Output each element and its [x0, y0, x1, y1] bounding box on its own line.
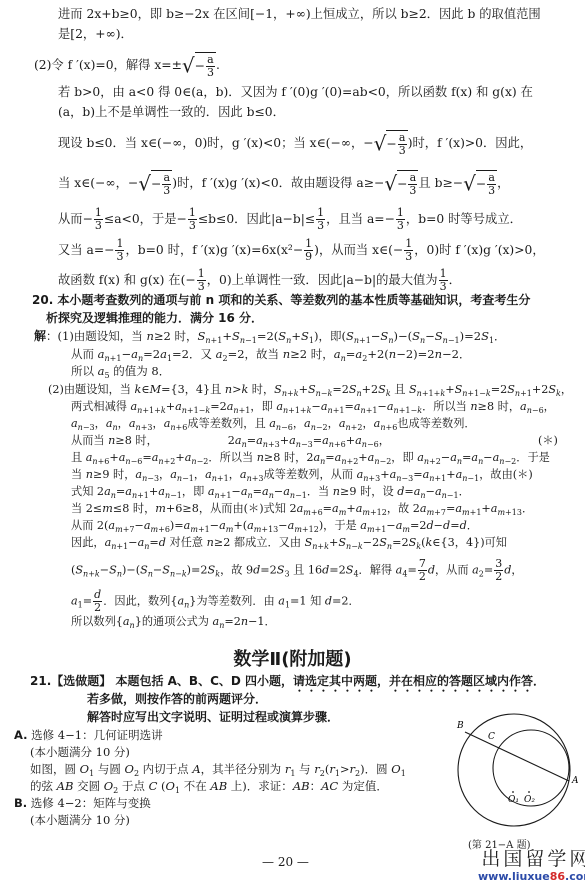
q21a-text-1: 如图，圆 O1 与圆 O2 内切于点 A，其半径分别为 r1 与 r2(r1>r… — [30, 761, 406, 777]
q20-star-mark: (＊) — [538, 433, 558, 449]
q19-line-9: 又当 a=−13，b=0 时，f ′(x)g ′(x)=6x(x²−19)，从而… — [58, 238, 545, 263]
q21a-text-2: 的弦 AB 交圆 O2 于点 C (O1 不在 AB 上)．求证：AB：AC 为… — [30, 778, 388, 794]
q20-part2-line-10: 因此，an+1−an=d 对任意 n≥2 都成立．又由 Sn+k+Sn−k−2S… — [71, 535, 507, 551]
q20-part2-line-4: 从而当 n≥8 时，2an=an+3+an−3=an+6+an−6， — [71, 433, 390, 449]
q20-part2-line-8: 当 2≤m≤8 时，m+6≥8，从而由(＊)式知 2am+6=am+am+12，… — [71, 501, 533, 517]
q20-part2-line-12: a1=d2．因此，数列{an}为等差数列．由 a1=1 知 d=2． — [71, 589, 360, 614]
q20-part1-line-3: 所以 a5 的值为 8． — [71, 363, 170, 379]
q20-part2-line-6: 当 n≥9 时，an−3，an−1，an+1，an+3成等差数列，从而 an+3… — [71, 467, 533, 483]
q20-header-line-1: 20. 本小题考查数列的通项与前 n 项和的关系、等差数列的基本性质等基础知识，… — [32, 292, 530, 308]
q21-header-line-3: 解答时应写出文字说明、证明过程或演算步骤． — [87, 709, 339, 725]
svg-text:C: C — [488, 732, 495, 742]
svg-text:O₂: O₂ — [524, 795, 535, 805]
q19-line-7: 当 x∈(−∞，−√−a3)时，f ′(x)g ′(x)<0．故由题设得 a≥−… — [58, 170, 509, 197]
q21a-title: A. 选修 4−1：几何证明选讲 — [14, 727, 163, 743]
q19-line-5: (a，b)上不是单调性一致的．因此 b≤0． — [58, 104, 285, 120]
watermark-url[interactable]: www.liuxue86.com — [478, 870, 585, 883]
q19-line-8: 从而−13≤a<0，于是−13≤b≤0．因此|a−b|≤13，且当 a=−13，… — [58, 207, 522, 232]
page-number: — 20 — — [262, 855, 309, 869]
q20-part2-line-11: (Sn+k−Sn)−(Sn−Sn−k)=2Sk，故 9d=2S3 且 16d=2… — [71, 558, 523, 583]
svg-text:O₁: O₁ — [508, 795, 519, 805]
q20-part2-line-2: 两式相减得 an+1+k+an+1−k=2an+1，即 an+1+k−an+1=… — [71, 399, 555, 415]
q19-line-2: 是[2，+∞)． — [58, 26, 133, 42]
q21b-title: B. 选修 4−2：矩阵与变换 — [14, 795, 151, 811]
watermark-logo: 出国留学网 www.liuxue86.com — [478, 848, 585, 883]
q21a-score: (本小题满分 10 分) — [30, 744, 130, 760]
q19-line-1: 进而 2x+b≥0，即 b≥−2x 在区间[−1，+∞)上恒成立，所以 b≥2．… — [58, 6, 541, 22]
q21b-score: (本小题满分 10 分) — [30, 812, 130, 828]
svg-text:B: B — [456, 721, 464, 731]
q19-line-3: (2)令 f ′(x)=0，解得 x=±√−a3. — [34, 52, 220, 79]
q19-line-4: 若 b>0，由 a<0 得 0∈(a，b)．又因为 f ′(0)g ′(0)=a… — [58, 84, 533, 100]
q20-part2-line-1: (2)由题设知，当 k∈M={3，4}且 n>k 时，Sn+k+Sn−k=2Sn… — [48, 382, 572, 398]
q20-part2-line-5: 且 an+6+an−6=an+2+an−2．所以当 n≥8 时，2an=an+2… — [71, 450, 550, 466]
sqrt-expression: √−a3 — [182, 52, 216, 79]
q20-part2-line-13: 所以数列{an}的通项公式为 an=2n−1． — [71, 614, 276, 630]
q20-part2-line-7: 式知 2an=an+1+an−1，即 an+1−an=an−an−1．当 n≥9… — [71, 484, 470, 500]
q20-part1-line-2: 从而 an+1−an=2a1=2．又 a2=2，故当 n≥2 时，an=a2+2… — [71, 346, 471, 362]
q20-part2-line-3: an−3，an，an+3，an+6成等差数列，且 an−6，an−2，an+2，… — [71, 416, 476, 432]
q20-part1-line-1: 解：(1)由题设知，当 n≥2 时，Sn+1+Sn−1=2(Sn+S1)，即(S… — [34, 328, 506, 344]
q20-part2-line-9: 从而 2(am+7−am+6)=am+1−am+(am+13−am+12)，于是… — [71, 518, 478, 534]
svg-text:A: A — [571, 776, 579, 786]
geometry-figure: B C A O₁ O₂ — [452, 708, 582, 836]
section-title: 数学Ⅱ(附加题) — [0, 645, 585, 671]
q21-header-line-2: 若多做，则按作答的前两题评分． — [87, 691, 267, 707]
q19-line-6: 现设 b≤0．当 x∈(−∞，0)时，g ′(x)<0；当 x∈(−∞，−√−a… — [58, 130, 532, 157]
watermark-name: 出国留学网 — [478, 848, 585, 870]
q20-header-line-2: 析探究及逻辑推理的能力．满分 16 分． — [46, 310, 263, 326]
q19-line-10: 故函数 f(x) 和 g(x) 在(−13，0)上单调性一致．因此|a−b|的最… — [58, 268, 461, 293]
